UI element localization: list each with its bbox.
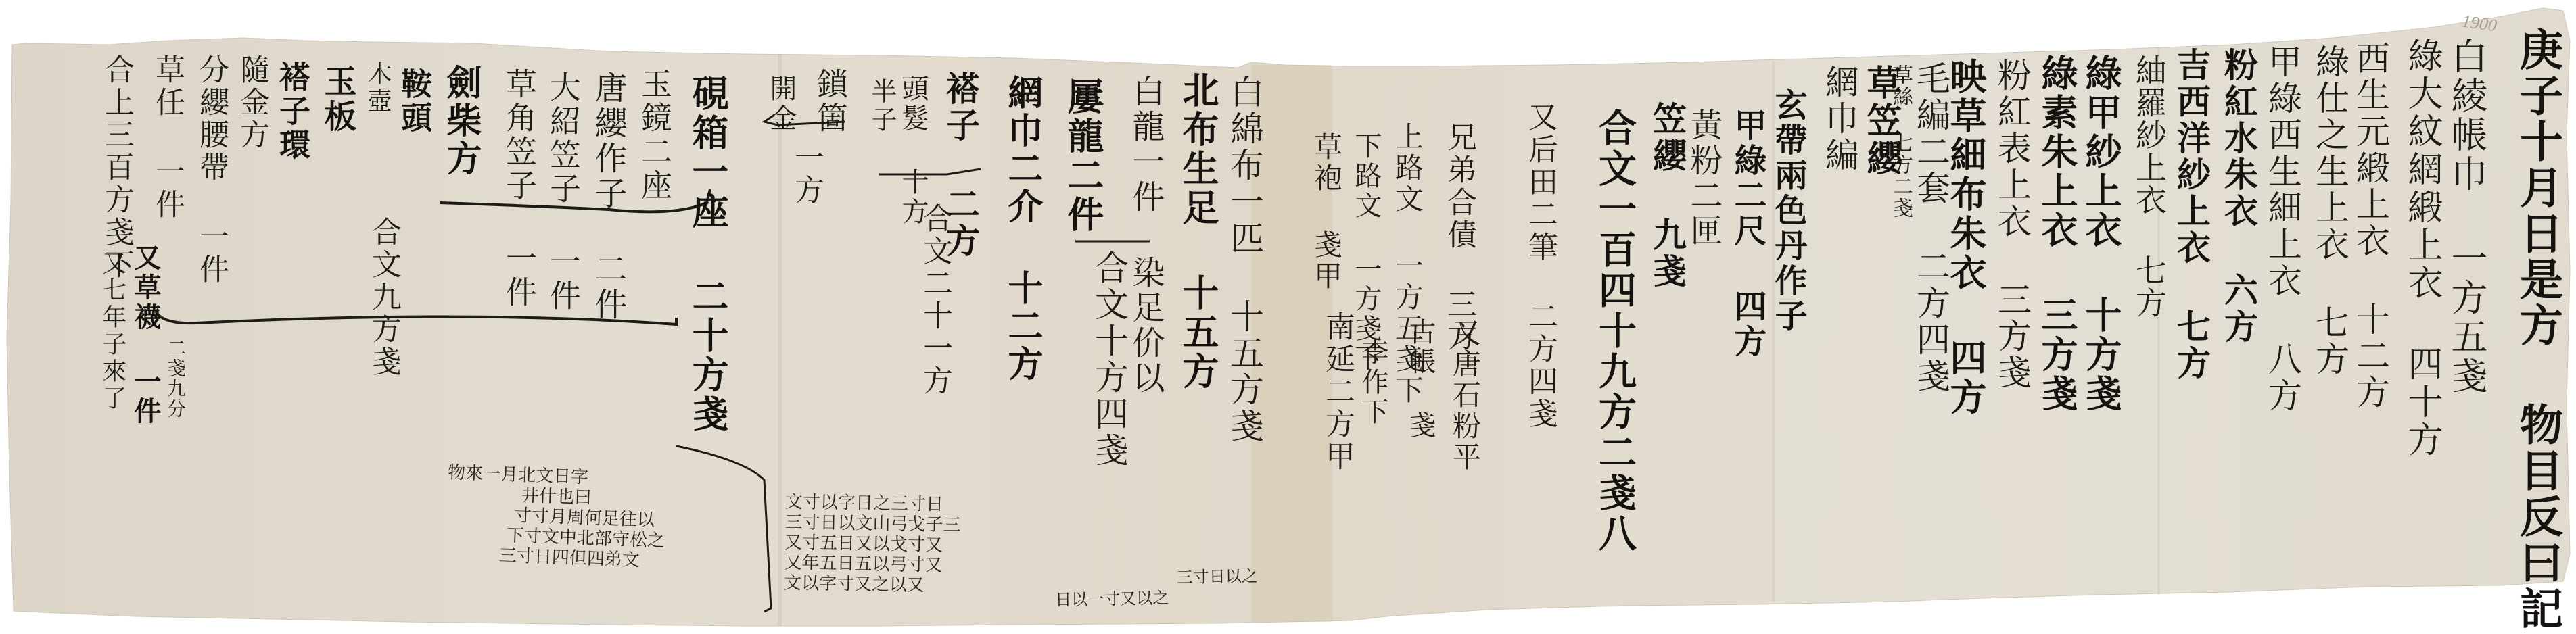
text-column: 木壺: [365, 61, 390, 115]
text-column: 笠纓 九戔: [1650, 101, 1684, 290]
text-column: 硯箱一座 二十方戔: [690, 74, 726, 434]
total-column: 合文十方四戔: [1092, 250, 1126, 469]
note-row: 三寸日以之: [1054, 566, 1257, 589]
text-column: 黃粉二匣: [1687, 108, 1720, 249]
note-row: 又寸五日又以戈寸又: [784, 533, 960, 556]
text-column: 網巾二介 十二方: [1004, 74, 1039, 383]
text-column: 李作下: [1359, 338, 1386, 427]
marginal-notes-middle: 文寸以字日之三寸日 三寸日以文山弓戈子三 又寸五日又以戈寸又 又年五日五以弓寸又…: [784, 492, 962, 597]
text-column-small: 二戔九分: [166, 338, 185, 419]
text-column: 紬羅紗上衣 七方: [2134, 54, 2165, 319]
text-column: 映草細布朱衣 四方: [1948, 57, 1984, 417]
text-column: 玄帶兩色丹作子: [1772, 88, 1804, 334]
text-column: 褡子環: [277, 61, 308, 162]
text-column: 玉板: [321, 64, 354, 135]
text-column: 吉西洋紗上衣 七方: [2174, 47, 2208, 382]
text-column: 玉鏡二座: [639, 68, 670, 203]
text-column: 綠大紋網緞上衣 四十方: [2404, 37, 2439, 459]
note-row: 三寸日以文山弓戈子三: [784, 512, 960, 536]
text-column: 分纓腰帶 一件: [196, 54, 226, 286]
text-column: 西生元緞上衣 十二方: [2353, 41, 2387, 411]
text-column: 甲綠二尺 四方: [1731, 108, 1764, 360]
text-column: 又七年子來了: [100, 250, 124, 412]
text-column: 又草襪 一件: [132, 243, 159, 426]
text-column: 上路文 一方五戔下: [1393, 122, 1422, 406]
text-column: 又后田二筆 二方四戔: [1525, 101, 1555, 431]
text-column: 開金: [768, 74, 795, 134]
note-row: 又年五日五以弓寸又: [784, 553, 960, 577]
text-column: 半子: [869, 78, 895, 135]
text-column: 綠甲紗上衣 十方戔: [2083, 54, 2120, 414]
text-column: 草袍 戔甲: [1312, 132, 1340, 292]
text-column: 隨金方: [237, 54, 266, 151]
text-column: 綠仕之生上衣 七方: [2313, 44, 2347, 378]
text-column: 一方: [791, 142, 821, 207]
text-column: 鎖箇: [815, 68, 846, 135]
text-column: 唐纓作子 二件: [592, 71, 624, 322]
total-column: 合文九方戔: [369, 216, 398, 379]
text-column: 甲綠西生細上衣 八方: [2266, 44, 2299, 414]
total-column: 合上三百方戔下: [101, 54, 131, 281]
text-column: 鞍頭: [399, 68, 430, 135]
text-column: 網巾編: [1823, 64, 1856, 174]
text-column: 草笠纓: [1863, 64, 1898, 178]
text-column: 粉紅水朱衣 六方: [2222, 47, 2255, 345]
text-column: 毛編二套 二方四戔: [1914, 61, 1948, 395]
text-column: 草任 一件: [152, 54, 182, 221]
text-column: 屢龍二件: [1065, 78, 1102, 235]
text-column: 白龍一件 染足价以: [1129, 74, 1162, 396]
text-column: 劍柴方: [443, 64, 478, 178]
marginal-notes-left: 物來一月北文日字 井什也曰 寸寸月周何足往以 下寸文中北部守松之 三寸日四但四弟…: [444, 462, 667, 571]
text-column: 草角笠子 一件: [504, 68, 535, 310]
text-column: 粉紅表上衣 三方戔: [1995, 57, 2029, 391]
total-column: 合文一百四十九方二戔八: [1596, 108, 1634, 554]
note-row: 文以字寸又之以又: [784, 573, 960, 597]
text-column: 北布生足 十五方: [1180, 71, 1217, 391]
title-column: 庚子十月日是方 物目反曰記: [2516, 27, 2559, 632]
note-row: 文寸以字日之三寸日: [785, 492, 961, 516]
note-row: 日以一寸又以之: [1055, 586, 1258, 610]
total-column: 合文二十一方: [920, 203, 950, 397]
text-column: 白綾帳巾 一方五戔: [2448, 37, 2485, 396]
text-column: 南延二方甲: [1322, 311, 1352, 473]
text-column: 白綿布一匹 十五方戔: [1227, 74, 1261, 445]
text-column: 綠素朱上衣 三方戔: [2039, 54, 2076, 414]
marginal-notes-fold: 三寸日以之 日以一寸又以之: [1054, 566, 1258, 610]
text-column: 大紹笠子 一件: [548, 71, 579, 313]
text-column: 兄弟合債 三方: [1444, 122, 1474, 353]
